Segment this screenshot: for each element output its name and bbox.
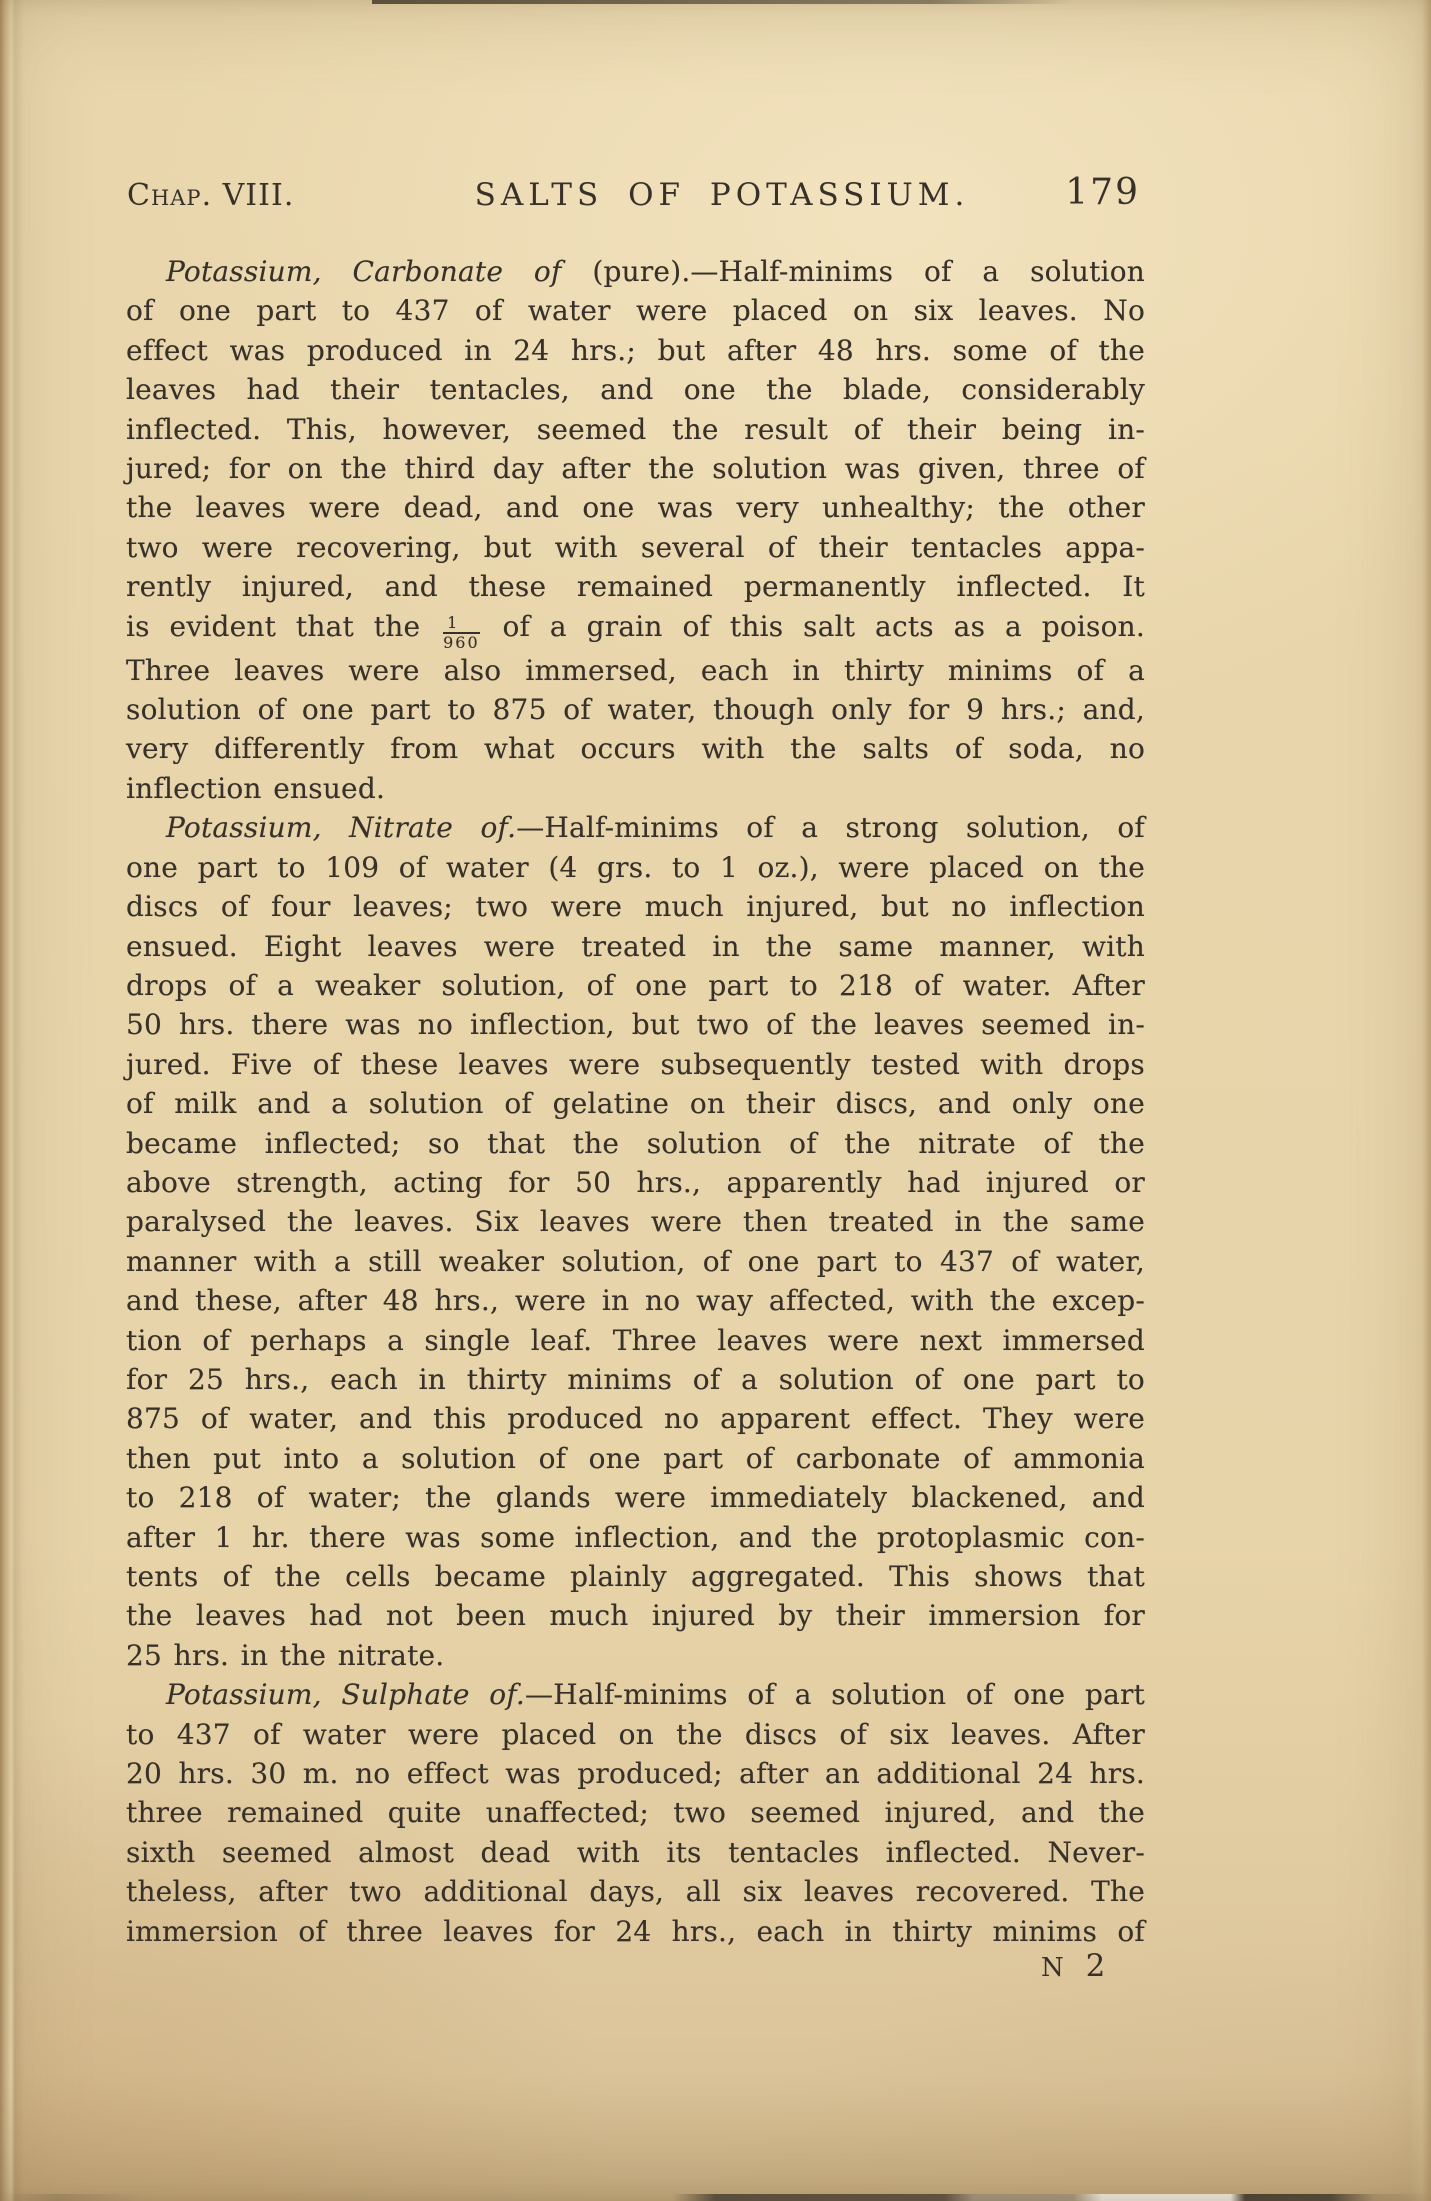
text-line: 50 hrs. there was no inflection, but two… — [126, 1005, 1145, 1044]
chapter-label: Chap. VIII. — [127, 178, 294, 213]
text-line: tion of perhaps a single leaf. Three lea… — [126, 1321, 1145, 1360]
text-line: 25 hrs. in the nitrate. — [126, 1636, 1145, 1675]
text-line: rently injured, and these remained perma… — [126, 567, 1145, 606]
text-line: ensued. Eight leaves were treated in the… — [126, 927, 1145, 966]
page-left-edge — [0, 0, 24, 2201]
text-line: then put into a solution of one part of … — [126, 1439, 1145, 1478]
text-line: Three leaves were also immersed, each in… — [126, 651, 1145, 690]
text-line: became inflected; so that the solution o… — [126, 1124, 1145, 1163]
text-line: immersion of three leaves for 24 hrs., e… — [126, 1912, 1145, 1951]
page-header: Chap. VIII. SALTS OF POTASSIUM. 179 — [0, 172, 1431, 220]
text-line: after 1 hr. there was some inflection, a… — [126, 1518, 1145, 1557]
text-line: 875 of water, and this produced no appar… — [126, 1399, 1145, 1438]
text-line: for 25 hrs., each in thirty minims of a … — [126, 1360, 1145, 1399]
text-line: inflected. This, however, seemed the res… — [126, 410, 1145, 449]
page-right-edge — [1409, 0, 1431, 2201]
text-line: Potassium, Sulphate of.—Half-minims of a… — [126, 1675, 1145, 1714]
running-title: SALTS OF POTASSIUM. — [475, 177, 970, 213]
text-line: above strength, acting for 50 hrs., appa… — [126, 1163, 1145, 1202]
text-line: three remained quite unaffected; two see… — [126, 1793, 1145, 1832]
scan-top-edge — [372, 0, 1072, 4]
page-number: 179 — [1065, 172, 1140, 213]
printers-signature: N 2 — [1041, 1948, 1111, 1984]
text-line: tents of the cells became plainly aggreg… — [126, 1557, 1145, 1596]
text-block: Potassium, Carbonate of (pure).—Half-min… — [126, 252, 1145, 1951]
text-line: of milk and a solution of gelatine on th… — [126, 1084, 1145, 1123]
text-line: theless, after two additional days, all … — [126, 1872, 1145, 1911]
fraction: 1960 — [443, 615, 480, 651]
text-line: manner with a still weaker solution, of … — [126, 1242, 1145, 1281]
text-line: effect was produced in 24 hrs.; but afte… — [126, 331, 1145, 370]
text-line: to 437 of water were placed on the discs… — [126, 1715, 1145, 1754]
text-line: the leaves were dead, and one was very u… — [126, 488, 1145, 527]
text-line: two were recovering, but with several of… — [126, 528, 1145, 567]
page-bottom-shading — [0, 2071, 1431, 2201]
text-line: is evident that the 1960 of a grain of t… — [126, 607, 1145, 651]
text-line: solution of one part to 875 of water, th… — [126, 690, 1145, 729]
text-line: leaves had their tentacles, and one the … — [126, 370, 1145, 409]
text-line: paralysed the leaves. Six leaves were th… — [126, 1202, 1145, 1241]
text-line: inflection ensued. — [126, 769, 1145, 808]
text-line: very differently from what occurs with t… — [126, 729, 1145, 768]
text-line: jured; for on the third day after the so… — [126, 449, 1145, 488]
text-line: drops of a weaker solution, of one part … — [126, 966, 1145, 1005]
text-line: discs of four leaves; two were much inju… — [126, 887, 1145, 926]
text-line: sixth seemed almost dead with its tentac… — [126, 1833, 1145, 1872]
text-line: Potassium, Nitrate of.—Half-minims of a … — [126, 808, 1145, 847]
text-line: 20 hrs. 30 m. no effect was produced; af… — [126, 1754, 1145, 1793]
text-line: Potassium, Carbonate of (pure).—Half-min… — [126, 252, 1145, 291]
text-line: to 218 of water; the glands were immedia… — [126, 1478, 1145, 1517]
text-line: of one part to 437 of water were placed … — [126, 291, 1145, 330]
text-line: jured. Five of these leaves were subsequ… — [126, 1045, 1145, 1084]
text-line: the leaves had not been much injured by … — [126, 1596, 1145, 1635]
text-line: one part to 109 of water (4 grs. to 1 oz… — [126, 848, 1145, 887]
book-page: Chap. VIII. SALTS OF POTASSIUM. 179 Pota… — [0, 0, 1431, 2201]
scan-bottom-edge — [0, 2194, 1431, 2201]
text-line: and these, after 48 hrs., were in no way… — [126, 1281, 1145, 1320]
